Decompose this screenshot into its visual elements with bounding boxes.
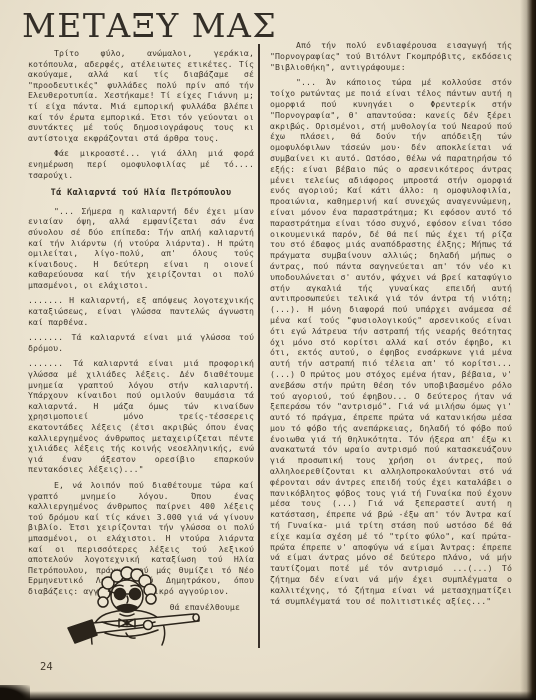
quote-paragraph: "... Σήμερα η καλιαρντή δέν έχει μίαν εν… [28,206,254,291]
glasses-icon [130,589,141,600]
bow-tie-knot [125,621,129,625]
chin [120,614,134,616]
section-heading: Τά Καλιαρντά τού Ηλία Πετρόπουλου [28,188,254,199]
caricature-illustration [62,564,214,666]
quote-paragraph: ....... Η καλιαρντή, εξ απόψεως λογοτεχν… [28,295,254,327]
quote-paragraph: ....... Τά καλιαρντά είναι μιά γλώσσα το… [28,332,254,353]
page-edge-shadow-bottom [0,691,536,700]
left-column: Τρίτο φύλο, ανώμαλοι, γεράκια, κοτόπουλα… [28,48,254,617]
column-divider [258,44,260,648]
magazine-page: ΜΕΤΑΞΥ ΜΑΣ Τρίτο φύλο, ανώμαλοι, γεράκια… [0,0,536,700]
intro-paragraph: Από τήν πολύ ενδιαφέρουσα εισαγωγή τής "… [270,40,512,72]
quote-paragraph: "... Άν κάποιος τώρα μέ κολλούσε στόν το… [270,77,512,606]
hand [144,621,153,630]
page-number: 24 [40,661,53,673]
glasses-icon [115,589,126,600]
page-edge-shadow-right [520,0,536,700]
quote-paragraph: ....... Τά καλιαρντά είναι μιά προφορική… [28,358,254,475]
page-corner-shadow [0,685,30,700]
intro-paragraph: Φάε μικροαστέ... γιά άλλη μιά φορά ενημέ… [28,148,254,180]
intro-paragraph: Τρίτο φύλο, ανώμαλοι, γεράκια, κοτόπουλα… [28,48,254,143]
page-title: ΜΕΤΑΞΥ ΜΑΣ [22,6,277,45]
rifle-muzzle [193,614,199,621]
right-column: Από τήν πολύ ενδιαφέρουσα εισαγωγή τής "… [270,40,512,611]
